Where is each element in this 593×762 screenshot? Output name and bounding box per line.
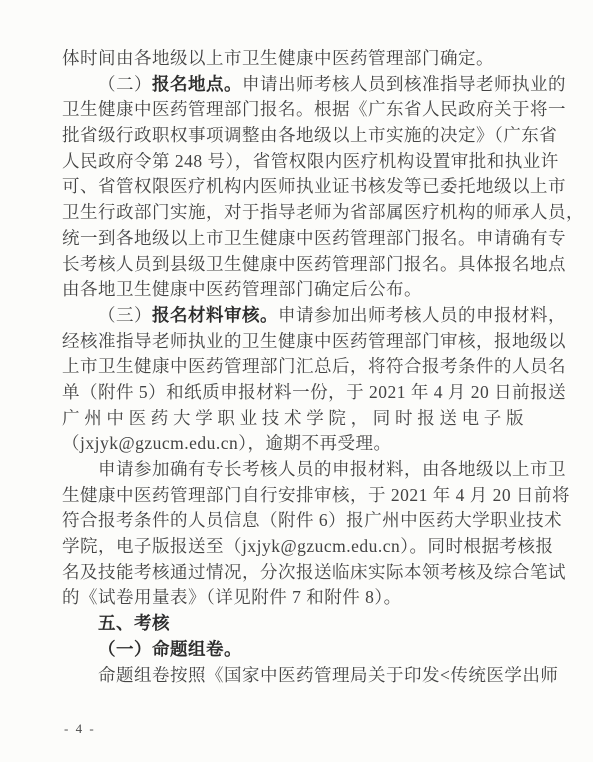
bold-text-run: 报名地点。 bbox=[152, 74, 242, 94]
text-line: 批省级行政职权事项调整由各地级以上市实施的决定》（广东省 bbox=[62, 123, 532, 149]
text-run: 卫生行政部门实施，对于指导老师为省部属医疗机构的师承人员， bbox=[62, 202, 584, 222]
text-run: （jxjyk@gzucm.edu.cn），逾期不再受理。 bbox=[62, 433, 392, 453]
text-line: 统一到各地级以上市卫生健康中医药管理部门报名。申请确有专 bbox=[62, 226, 532, 252]
bold-text-run: 报名材料审核。 bbox=[152, 305, 278, 325]
text-run: 生健康中医药管理部门自行安排审核，于 2021 年 4 月 20 日前将 bbox=[62, 485, 570, 505]
text-line: 卫生健康中医药管理部门报名。根据《广东省人民政府关于将一 bbox=[62, 97, 532, 123]
text-run: 名及技能考核通过情况，分次报送临床实际本领考核及综合笔试 bbox=[62, 562, 566, 582]
text-line: 上市卫生健康中医药管理部门汇总后，将符合报考条件的人员名 bbox=[62, 354, 532, 380]
text-line: 长考核人员到县级卫生健康中医药管理部门报名。具体报名地点 bbox=[62, 252, 532, 278]
text-line: 体时间由各地级以上市卫生健康中医药管理部门确定。 bbox=[62, 46, 532, 72]
text-run: 申请出师考核人员到核准指导老师执业的 bbox=[242, 74, 566, 94]
text-run: 统一到各地级以上市卫生健康中医药管理部门报名。申请确有专 bbox=[62, 228, 566, 248]
text-run: 体时间由各地级以上市卫生健康中医药管理部门确定。 bbox=[62, 48, 494, 68]
text-run: 可、省管权限医疗机构内医师执业证书核发等已委托地级以上市 bbox=[62, 176, 566, 196]
text-line: （二）报名地点。申请出师考核人员到核准指导老师执业的 bbox=[62, 72, 532, 98]
text-line: 符合报考条件的人员信息（附件 6）报广州中医药大学职业技术 bbox=[62, 508, 532, 534]
text-line: 申请参加确有专长考核人员的申报材料，由各地级以上市卫 bbox=[62, 457, 532, 483]
text-line: 广州中医药大学职业技术学院，同时报送电子版 bbox=[62, 406, 532, 432]
text-line: 可、省管权限医疗机构内医师执业证书核发等已委托地级以上市 bbox=[62, 174, 532, 200]
text-run: 学院，电子版报送至（jxjyk@gzucm.edu.cn）。同时根据考核报 bbox=[62, 536, 554, 556]
text-line: （一）命题组卷。 bbox=[62, 637, 532, 663]
text-run: 申请参加出师考核人员的申报材料， bbox=[278, 305, 566, 325]
text-run: 批省级行政职权事项调整由各地级以上市实施的决定》（广东省 bbox=[62, 125, 557, 145]
text-line: 命题组卷按照《国家中医药管理局关于印发<传统医学出师 bbox=[62, 663, 532, 689]
text-line: 卫生行政部门实施，对于指导老师为省部属医疗机构的师承人员， bbox=[62, 200, 532, 226]
bold-text-run: （一）命题组卷。 bbox=[98, 639, 242, 659]
text-line: 的《试卷用量表》（详见附件 7 和附件 8）。 bbox=[62, 585, 532, 611]
text-run: 的《试卷用量表》（详见附件 7 和附件 8）。 bbox=[62, 587, 402, 607]
text-line: 学院，电子版报送至（jxjyk@gzucm.edu.cn）。同时根据考核报 bbox=[62, 534, 532, 560]
document-body: 体时间由各地级以上市卫生健康中医药管理部门确定。（二）报名地点。申请出师考核人员… bbox=[62, 46, 532, 688]
text-line: 经核准指导老师执业的卫生健康中医药管理部门审核，报地级以 bbox=[62, 329, 532, 355]
bold-text-run: 五、考核 bbox=[98, 613, 170, 633]
text-line: （jxjyk@gzucm.edu.cn），逾期不再受理。 bbox=[62, 431, 532, 457]
text-line: 人民政府令第 248 号），省管权限内医疗机构设置审批和执业许 bbox=[62, 149, 532, 175]
text-run: （二） bbox=[98, 74, 152, 94]
text-run: 命题组卷按照《国家中医药管理局关于印发<传统医学出师 bbox=[98, 665, 558, 685]
text-run: 由各地卫生健康中医药管理部门确定后公布。 bbox=[62, 279, 422, 299]
text-line: 五、考核 bbox=[62, 611, 532, 637]
text-line: 由各地卫生健康中医药管理部门确定后公布。 bbox=[62, 277, 532, 303]
text-line: （三）报名材料审核。申请参加出师考核人员的申报材料， bbox=[62, 303, 532, 329]
scanned-document-page: 体时间由各地级以上市卫生健康中医药管理部门确定。（二）报名地点。申请出师考核人员… bbox=[0, 0, 593, 762]
text-run: 单（附件 5）和纸质申报材料一份，于 2021 年 4 月 20 日前报送 bbox=[62, 382, 566, 402]
text-line: 生健康中医药管理部门自行安排审核，于 2021 年 4 月 20 日前将 bbox=[62, 483, 532, 509]
page-number: - 4 - bbox=[64, 721, 96, 737]
text-run: 广州中医药大学职业技术学院，同时报送电子版 bbox=[62, 408, 528, 428]
text-run: （三） bbox=[98, 305, 152, 325]
text-run: 符合报考条件的人员信息（附件 6）报广州中医药大学职业技术 bbox=[62, 510, 562, 530]
text-line: 单（附件 5）和纸质申报材料一份，于 2021 年 4 月 20 日前报送 bbox=[62, 380, 532, 406]
text-run: 长考核人员到县级卫生健康中医药管理部门报名。具体报名地点 bbox=[62, 254, 566, 274]
text-run: 申请参加确有专长考核人员的申报材料，由各地级以上市卫 bbox=[98, 459, 566, 479]
text-run: 人民政府令第 248 号），省管权限内医疗机构设置审批和执业许 bbox=[62, 151, 559, 171]
text-run: 经核准指导老师执业的卫生健康中医药管理部门审核，报地级以 bbox=[62, 331, 566, 351]
text-run: 卫生健康中医药管理部门报名。根据《广东省人民政府关于将一 bbox=[62, 99, 566, 119]
text-run: 上市卫生健康中医药管理部门汇总后，将符合报考条件的人员名 bbox=[62, 356, 566, 376]
text-line: 名及技能考核通过情况，分次报送临床实际本领考核及综合笔试 bbox=[62, 560, 532, 586]
